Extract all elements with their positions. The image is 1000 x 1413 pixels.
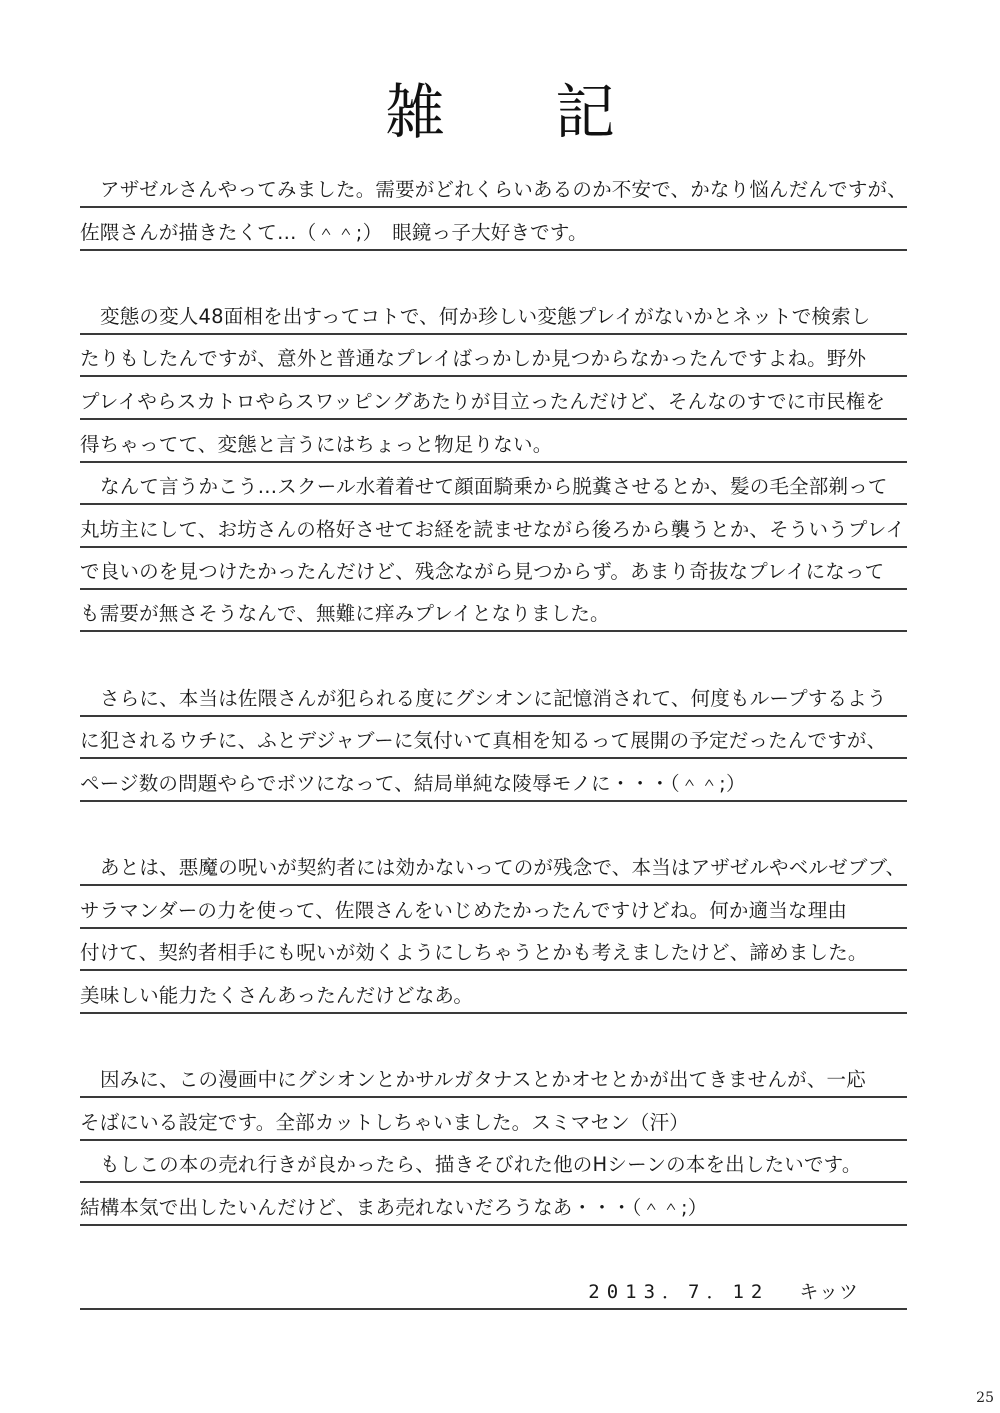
text-line: アザゼルさんやってみました。需要がどれくらいあるのか不安で、かなり悩んだんですが… [80,178,907,202]
text-line: さらに、本当は佐隈さんが犯られる度にグシオンに記憶消されて、何度もループするよう [80,687,887,711]
signature: 2013．7．12キッツ [588,1280,859,1304]
text-line: 結構本気で出したいんだけど、まあ売れないだろうなあ・・・（＾＾;） [80,1196,707,1220]
ruled-line: ページ数の問題やらでボツになって、結局単純な陵辱モノに・・・（＾＾;） [80,760,907,802]
text-line: ページ数の問題やらでボツになって、結局単純な陵辱モノに・・・（＾＾;） [80,772,746,796]
text-line: 佐隈さんが描きたくて…（＾＾;） 眼鏡っ子大好きです。 [80,221,588,245]
ruled-line: 佐隈さんが描きたくて…（＾＾;） 眼鏡っ子大好きです。 [80,209,907,251]
signature-line: 2013．7．12キッツ [80,1268,907,1310]
text-line: プレイやらスカトロやらスワッピングあたりが目立ったんだけど、そんなのすでに市民権… [80,390,885,414]
text-line: もしこの本の売れ行きが良かったら、描きそびれた他のHシーンの本を出したいです。 [80,1153,862,1177]
ruled-line: 結構本気で出したいんだけど、まあ売れないだろうなあ・・・（＾＾;） [80,1184,907,1226]
ruled-line: 丸坊主にして、お坊さんの格好させてお経を読ませながら後ろから襲うとか、そういうプ… [80,506,907,548]
text-line: あとは、悪魔の呪いが契約者には効かないってのが残念で、本当はアザゼルやベルゼブブ… [80,856,905,880]
ruled-line: 付けて、契約者相手にも呪いが効くようにしちゃうとかも考えましたけど、諦めました。 [80,929,907,971]
ruled-line: さらに、本当は佐隈さんが犯られる度にグシオンに記憶消されて、何度もループするよう [80,675,907,717]
ruled-line: に犯されるウチに、ふとデジャブーに気付いて真相を知るって展開の予定だったんですが… [80,717,907,759]
text-line: サラマンダーの力を使って、佐隈さんをいじめたかったんですけどね。何か適当な理由 [80,899,847,923]
text-line: 丸坊主にして、お坊さんの格好させてお経を読ませながら後ろから襲うとか、そういうプ… [80,518,905,542]
text-line: そばにいる設定です。全部カットしちゃいました。スミマセン（汗） [80,1111,689,1135]
page-title: 雑記 [0,78,1000,148]
ruled-line: で良いのを見つけたかったんだけど、残念ながら見つからず。あまり奇抜なプレイになっ… [80,548,907,590]
page-number: 25 [976,1390,994,1406]
text-line: も需要が無さそうなんで、無難に痒みプレイとなりました。 [80,602,610,626]
ruled-line: なんて言うかこう…スクール水着着せて顔面騎乗から脱糞させるとか、髪の毛全部剃って [80,463,907,505]
text-line: 美味しい能力たくさんあったんだけどなあ。 [80,984,473,1008]
text-line: 因みに、この漫画中にグシオンとかサルガタナスとかオセとかが出てきませんが、一応 [80,1068,866,1092]
ruled-line: 因みに、この漫画中にグシオンとかサルガタナスとかオセとかが出てきませんが、一応 [80,1056,907,1098]
ruled-line: 変態の変人48面相を出すってコトで、何か珍しい変態プレイがないかとネットで検索し [80,293,907,335]
ruled-line: そばにいる設定です。全部カットしちゃいました。スミマセン（汗） [80,1099,907,1141]
text-line: なんて言うかこう…スクール水着着せて顔面騎乗から脱糞させるとか、髪の毛全部剃って [80,475,888,499]
ruled-line: 得ちゃってて、変態と言うにはちょっと物足りない。 [80,421,907,463]
text-line: 変態の変人48面相を出すってコトで、何か珍しい変態プレイがないかとネットで検索し [80,305,871,329]
ruled-line: もしこの本の売れ行きが良かったら、描きそびれた他のHシーンの本を出したいです。 [80,1141,907,1183]
title-char-1: 雑 [385,78,445,148]
text-line: たりもしたんですが、意外と普通なプレイばっかしか見つからなかったんですよね。野外 [80,347,866,371]
signature-date: 2013．7．12 [588,1281,769,1303]
ruled-line: プレイやらスカトロやらスワッピングあたりが目立ったんだけど、そんなのすでに市民権… [80,378,907,420]
text-line: 得ちゃってて、変態と言うにはちょっと物足りない。 [80,433,552,457]
ruled-line: も需要が無さそうなんで、無難に痒みプレイとなりました。 [80,590,907,632]
ruled-line: あとは、悪魔の呪いが契約者には効かないってのが残念で、本当はアザゼルやベルゼブブ… [80,844,907,886]
ruled-line: サラマンダーの力を使って、佐隈さんをいじめたかったんですけどね。何か適当な理由 [80,887,907,929]
signature-author: キッツ [799,1281,859,1303]
title-char-2: 記 [555,78,615,148]
text-line: 付けて、契約者相手にも呪いが効くようにしちゃうとかも考えましたけど、諦めました。 [80,941,868,965]
ruled-line: 美味しい能力たくさんあったんだけどなあ。 [80,972,907,1014]
text-line: で良いのを見つけたかったんだけど、残念ながら見つからず。あまり奇抜なプレイになっ… [80,560,884,584]
text-line: に犯されるウチに、ふとデジャブーに気付いて真相を知るって展開の予定だったんですが… [80,729,886,753]
ruled-line: アザゼルさんやってみました。需要がどれくらいあるのか不安で、かなり悩んだんですが… [80,166,907,208]
ruled-line: たりもしたんですが、意外と普通なプレイばっかしか見つからなかったんですよね。野外 [80,335,907,377]
